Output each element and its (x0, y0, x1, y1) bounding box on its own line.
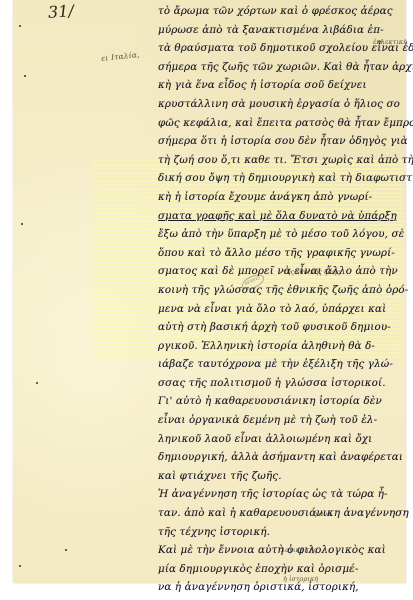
text-line: σήμερα τῆς ζωῆς τῶν χωριῶν. Καὶ θὰ ἦταν … (158, 58, 413, 77)
text-line: δημιουργική, ἀλλὰ ἀσήμαντη καὶ ἀναφέρετα… (158, 448, 413, 467)
text-line: κὴ ἡ ἱστορία ἔχουμε ἀνάγκη ἀπὸ γνωρί- (158, 188, 413, 207)
text-line: κρυστάλλινη σὰ μουσικὴ ἐργασία ὁ ἥλιος σ… (158, 95, 413, 114)
text-line: φῶς κεφάλια, καὶ ἔπειτα ρατσὸς θὰ ἦταν ἔ… (158, 114, 413, 133)
text-line: Ἡ ἀναγέννηση τῆς ἱστορίας ὡς τὰ τώρα ἦ- (158, 485, 413, 504)
manuscript-body: τὸ ἄρωμα τῶν χόρτων καὶ ὁ φρέσκος ἀέρας … (158, 2, 413, 597)
text-line: ιάβαζε ταυτόχρονα μὲ τὴν ἐξέλιξη τῆς γλώ… (158, 355, 413, 374)
page-number: 31/ (47, 1, 74, 22)
text-line: εἶναι ὀργανικὰ δεμένη μὲ τὴ ζωὴ τοῦ ἑλ- (158, 411, 413, 430)
text-line: μύρωσε ἀπὸ τὰ ξανακτισμένα λιβάδια ἐπ- (158, 21, 413, 40)
ink-dot (24, 75, 26, 77)
text-line: μία δημιουργικὸς ἐποχὴν καὶ ὁρισμέ- (158, 560, 413, 579)
text-line: Καὶ μὲ τὴν ἔννοια αὐτὴ ὁ φιλολογικὸς καὶ (158, 541, 413, 560)
text-line: ταν. ἀπὸ καὶ ἡ καθαρευουσιάνικη ἀναγέννη… (158, 504, 413, 523)
text-line: ργικοῦ. Ἑλληνικὴ ἱστορία ἀληθινὴ θὰ δ- (158, 337, 413, 356)
text-line: ἔξω ἀπὸ τὴν ὕπαρξη μὲ τὸ μέσο τοῦ λόγου,… (158, 225, 413, 244)
text-line: τὴ ζωή σου ὅ,τι καθε τι. Ἔτσι χωρὶς καὶ … (158, 151, 413, 170)
ink-dot (21, 223, 23, 225)
text-line: Γι' αὐτὸ ἡ καθαρευουσιάνικη ἱστορία δὲν (158, 392, 413, 411)
ink-dot (19, 565, 21, 567)
text-line: κὴ γιὰ ἕνα εἶδος ἡ ἱστορία σοῦ δείχνει (158, 76, 413, 95)
ink-dot (19, 25, 21, 27)
text-line: να ἡ ἀναγέννηση ὁριστικά, ἱστορική, (158, 578, 413, 597)
text-line: καὶ φτιάχνει τῆς ζωῆς. (158, 467, 413, 486)
text-line: ληνικοῦ λαοῦ εἶναι ἀλλοιωμένη καὶ ὄχι (158, 430, 413, 449)
margin-note: ει Ιταλία, (101, 50, 140, 63)
text-line: αὐτὴ στὴ βασική ἀρχὴ τοῦ φυσικοῦ δημιου- (158, 318, 413, 337)
text-line: σματος καὶ δὲ μπορεῖ νὰ εἶναι ἄλλο ἀπὸ τ… (158, 262, 413, 281)
manuscript-page: 31/ ει Ιταλία, ΑΡΧΕΙΟ ἐκλεκτικὴ τῆς ἐθνι… (13, 0, 406, 583)
text-line: τὸ ἄρωμα τῶν χόρτων καὶ ὁ φρέσκος ἀέρας (158, 2, 413, 21)
text-line: σσας τῆς πολιτισμοῦ ἡ γλώσσα ἱστορικοί. (158, 374, 413, 393)
text-line-underlined: σματα γραφῆς καὶ μὲ ὅλα δυνατὸ νὰ ὑπάρξη (158, 207, 413, 226)
ink-dot (36, 382, 38, 384)
text-line: δική σου ὄψη τὴ δημιουργικὴ καὶ τὴ διαφω… (158, 169, 413, 188)
text-line: σήμερα ὅτι ἡ ἱστορία σου δὲν ἦταν ὁδηγὸς… (158, 132, 413, 151)
ink-dot (65, 549, 67, 551)
text-line: κοινὴ τῆς γλώσσας τῆς ἐθνικῆς ζωῆς ἀπὸ ὁ… (158, 281, 413, 300)
text-line: τὰ θραύσματα τοῦ δημοτικοῦ σχολείου εἶνα… (158, 39, 413, 58)
text-line: μενα νὰ εἶναι γιὰ ὅλο τὸ λαό, ὑπάρχει κα… (158, 300, 413, 319)
text-line: τῆς τέχνης ἱστορική. (158, 523, 413, 542)
text-line: ὅπου καὶ τὸ ἄλλο μέσο τῆς γραφικῆς γνωρί… (158, 244, 413, 263)
